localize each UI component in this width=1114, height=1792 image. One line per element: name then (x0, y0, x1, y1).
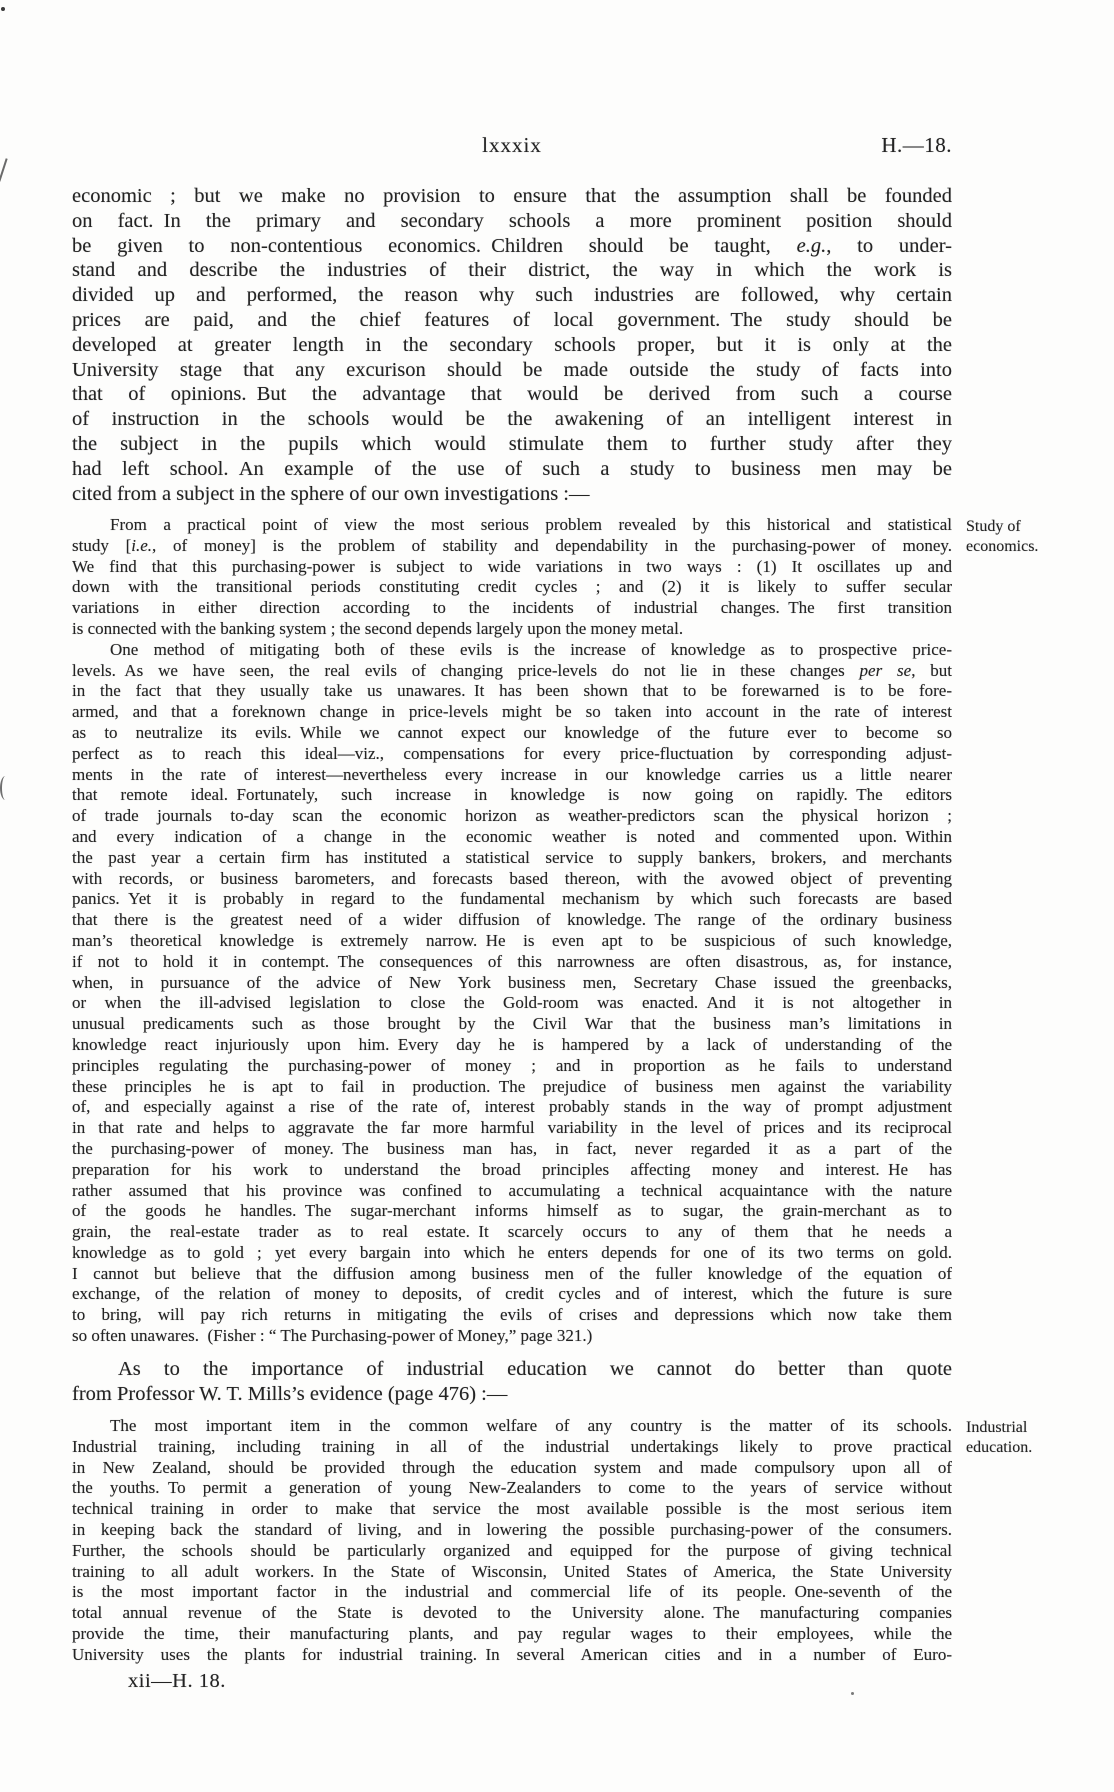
text-line: down with the transitional periods const… (72, 577, 952, 598)
text-line: and every indication of a change in the … (72, 827, 952, 848)
text-line: so often unawares. (Fisher : “ The Purch… (72, 1326, 952, 1347)
text-line: I cannot but believe that the diffusion … (72, 1264, 952, 1285)
text-line: training to all adult workers. In the St… (72, 1562, 952, 1583)
text-line: rather assumed that his province was con… (72, 1181, 952, 1202)
text-line: provide the time, their manufacturing pl… (72, 1624, 952, 1645)
extract-paragraph: The most important item in the common we… (72, 1416, 952, 1666)
continuation-paragraph: economic ; but we make no provision to e… (72, 184, 952, 506)
text-line: knowledge as to gold ; yet every bargain… (72, 1243, 952, 1264)
text-line: that there is the greatest need of a wid… (72, 910, 952, 931)
text-line: with records, or business barometers, an… (72, 869, 952, 890)
document-page: lxxxix H.—18. economic ; but we make no … (0, 0, 1114, 1792)
text-line: is the most important factor in the indu… (72, 1582, 952, 1603)
margin-note-study-of-economics: Study of economics. (966, 517, 1108, 557)
text-line: be given to non-contentious economics. C… (72, 234, 952, 259)
text-line: in New Zealand, should be provided throu… (72, 1458, 952, 1479)
text-line: when, in pursuance of the advice of New … (72, 973, 952, 994)
text-line: perfect as to reach this ideal—viz., com… (72, 744, 952, 765)
text-line: total annual revenue of the State is dev… (72, 1603, 952, 1624)
margin-note-line: Industrial (966, 1418, 1108, 1438)
text-line: knowledge react injuriously upon him. Ev… (72, 1035, 952, 1056)
text-line: if not to hold it in contempt. The conse… (72, 952, 952, 973)
text-line: variations in either direction according… (72, 598, 952, 619)
text-line: man’s theoretical knowledge is extremely… (72, 931, 952, 952)
text-line: on fact. In the primary and secondary sc… (72, 209, 952, 234)
text-line: prices are paid, and the chief features … (72, 308, 952, 333)
text-line: in the fact that they usually take us un… (72, 681, 952, 702)
scan-artifact-right-dot (851, 1692, 854, 1695)
text-line: the youths. To permit a generation of yo… (72, 1478, 952, 1499)
text-line: or when the ill-advised legislation to c… (72, 993, 952, 1014)
text-line: as to neutralize its evils. While we can… (72, 723, 952, 744)
text-line: armed, and that a foreknown change in pr… (72, 702, 952, 723)
text-line: of, and especially against a rise of the… (72, 1097, 952, 1118)
text-line: From a practical point of view the most … (72, 515, 952, 536)
margin-note-industrial-education: Industrial education. (966, 1418, 1108, 1458)
printer-signature: xii—H. 18. (128, 1670, 226, 1693)
text-line: study [i.e., of money] is the problem of… (72, 536, 952, 557)
text-line: panics. Yet it is probably in regard to … (72, 889, 952, 910)
industrial-extract: The most important item in the common we… (72, 1416, 952, 1666)
page-number-roman: lxxxix (72, 133, 952, 158)
text-line: University stage that any excurison shou… (72, 358, 952, 383)
text-line: Industrial training, including training … (72, 1437, 952, 1458)
margin-note-line: education. (966, 1438, 1108, 1458)
scan-artifact-corner-speck (1, 7, 5, 11)
text-line: preparation for his work to understand t… (72, 1160, 952, 1181)
margin-note-line: Study of (966, 517, 1108, 537)
text-line: principles regulating the purchasing-pow… (72, 1056, 952, 1077)
text-line: cited from a subject in the sphere of ou… (72, 482, 952, 507)
text-line: exchange, of the relation of money to de… (72, 1284, 952, 1305)
paper-reference: H.—18. (881, 133, 952, 158)
economics-extract: From a practical point of view the most … (72, 515, 952, 1347)
text-line: these principles he is apt to fail in pr… (72, 1077, 952, 1098)
text-line: of trade journals to-day scan the econom… (72, 806, 952, 827)
text-line: that of opinions. But the advantage that… (72, 382, 952, 407)
text-line: grain, the real-estate trader as to real… (72, 1222, 952, 1243)
text-line: the subject in the pupils which would st… (72, 432, 952, 457)
text-line: that remote ideal. Fortunately, such inc… (72, 785, 952, 806)
text-line: from Professor W. T. Mills’s evidence (p… (72, 1382, 952, 1407)
text-line: As to the importance of industrial educa… (72, 1357, 952, 1382)
text-line: in keeping back the standard of living, … (72, 1520, 952, 1541)
text-line: economic ; but we make no provision to e… (72, 184, 952, 209)
text-line: ments in the rate of interest—neverthele… (72, 765, 952, 786)
scan-artifact-left-slash (0, 158, 8, 181)
text-line: in that rate and helps to aggravate the … (72, 1118, 952, 1139)
text-line: the past year a certain firm has institu… (72, 848, 952, 869)
margin-note-line: economics. (966, 537, 1108, 557)
text-line: developed at greater length in the secon… (72, 333, 952, 358)
text-line: of instruction in the schools would be t… (72, 407, 952, 432)
text-line: Further, the schools should be particula… (72, 1541, 952, 1562)
text-line: levels. As we have seen, the real evils … (72, 661, 952, 682)
extract-paragraph: One method of mitigating both of these e… (72, 640, 952, 1347)
text-line: of the goods he handles. The sugar-merch… (72, 1201, 952, 1222)
text-line: to bring, will pay rich returns in mitig… (72, 1305, 952, 1326)
intro-industrial-paragraph: As to the importance of industrial educa… (72, 1357, 952, 1407)
text-line: is connected with the banking system ; t… (72, 619, 952, 640)
text-line: the purchasing-power of money. The busin… (72, 1139, 952, 1160)
text-line: We find that this purchasing-power is su… (72, 557, 952, 578)
text-line: had left school. An example of the use o… (72, 457, 952, 482)
text-line: divided up and performed, the reason why… (72, 283, 952, 308)
text-line: University uses the plants for industria… (72, 1645, 952, 1666)
scan-artifact-left-curve (0, 776, 9, 800)
page-header: lxxxix H.—18. (72, 133, 952, 161)
extract-paragraph: From a practical point of view the most … (72, 515, 952, 640)
text-line: The most important item in the common we… (72, 1416, 952, 1437)
text-line: technical training in order to make that… (72, 1499, 952, 1520)
text-line: unusual predicaments such as those broug… (72, 1014, 952, 1035)
text-line: stand and describe the industries of the… (72, 258, 952, 283)
text-line: One method of mitigating both of these e… (72, 640, 952, 661)
